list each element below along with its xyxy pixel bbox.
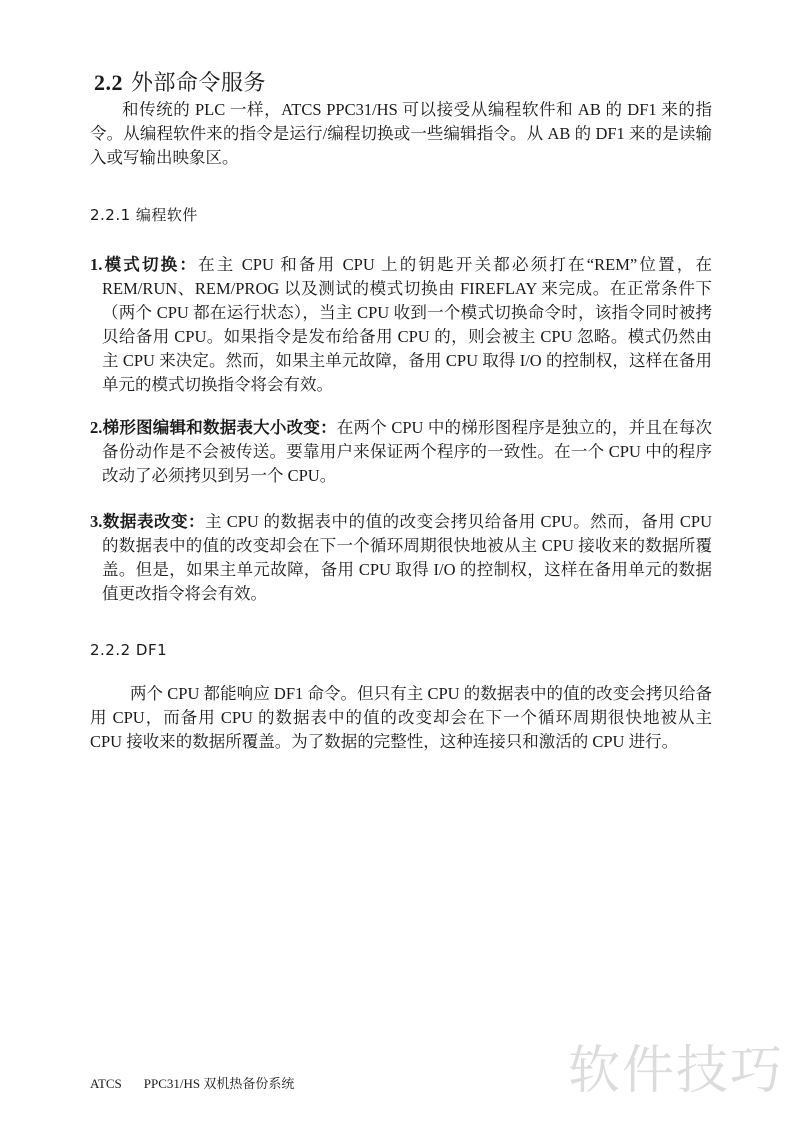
list-item-lead: 3.数据表改变：: [90, 512, 205, 531]
list-item-lead: 2.梯形图编辑和数据表大小改变：: [90, 418, 337, 437]
list-item-ladder-edit: 2.梯形图编辑和数据表大小改变：在两个 CPU 中的梯形图程序是独立的，并且在每…: [90, 416, 712, 488]
section-heading: 2.2外部命令服务: [94, 70, 266, 96]
intro-paragraph: 和传统的 PLC 一样，ATCS PPC31/HS 可以接受从编程软件和 AB …: [90, 98, 712, 170]
df1-paragraph: 两个 CPU 都能响应 DF1 命令。但只有主 CPU 的数据表中的值的改变会拷…: [90, 682, 712, 754]
footer-title: PPC31/HS 双机热备份系统: [144, 1076, 295, 1091]
list-item-text: 在主 CPU 和备用 CPU 上的钥匙开关都必须打在“REM”位置，在 REM/…: [102, 255, 712, 394]
watermark: 软件技巧: [568, 1040, 784, 1102]
list-item-data-table-change: 3.数据表改变：主 CPU 的数据表中的值的改变会拷贝给备用 CPU。然而，备用…: [90, 510, 712, 606]
section-number: 2.2: [94, 70, 123, 95]
list-item-lead: 1.模式切换：: [90, 255, 198, 274]
subsection-heading-programming-software: 2.2.1 编程软件: [90, 205, 198, 225]
section-title: 外部命令服务: [131, 70, 266, 95]
subsection-heading-df1: 2.2.2 DF1: [90, 640, 167, 660]
list-item-mode-switch: 1.模式切换：在主 CPU 和备用 CPU 上的钥匙开关都必须打在“REM”位置…: [90, 253, 712, 397]
page-footer: ATCSPPC31/HS 双机热备份系统: [90, 1076, 294, 1092]
footer-brand: ATCS: [90, 1076, 122, 1091]
